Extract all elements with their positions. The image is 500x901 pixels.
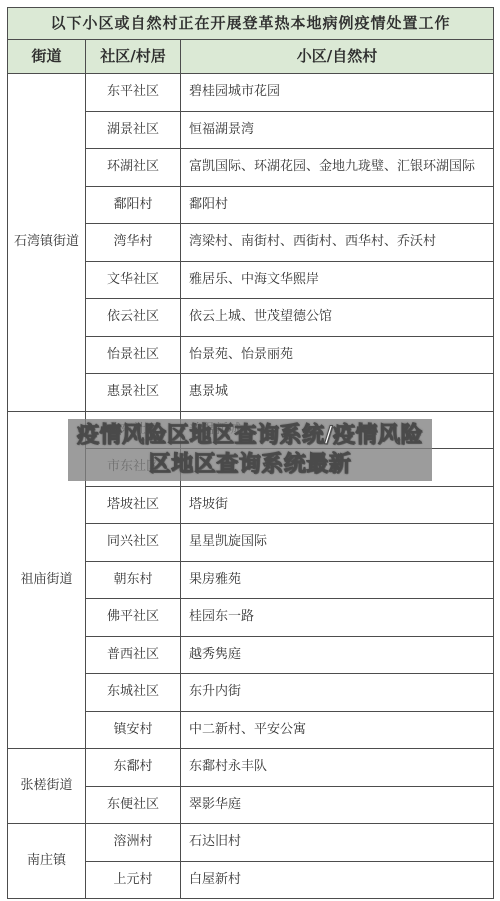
community-cell: 湖景社区 <box>86 111 181 149</box>
community-cell: 上元村 <box>86 861 181 899</box>
community-cell: 东平社区 <box>86 74 181 112</box>
table-header-row: 街道 社区/村居 小区/自然村 <box>8 40 494 74</box>
community-cell: 东鄱村 <box>86 749 181 787</box>
community-cell: 东便社区 <box>86 786 181 824</box>
community-cell: 普西社区 <box>86 636 181 674</box>
table-title: 以下小区或自然村正在开展登革热本地病例疫情处置工作 <box>8 8 494 40</box>
village-cell: 鄱阳村 <box>181 186 494 224</box>
village-cell: 惠景城 <box>181 374 494 412</box>
village-cell: 富凯国际、环湖花园、金地九珑璧、汇银环湖国际 <box>181 149 494 187</box>
street-cell: 南庄镇 <box>8 824 86 899</box>
street-cell: 石湾镇街道 <box>8 74 86 412</box>
table-body: 石湾镇街道东平社区碧桂园城市花园湖景社区恒福湖景湾环湖社区富凯国际、环湖花园、金… <box>8 74 494 899</box>
village-cell: 东鄱村永丰队 <box>181 749 494 787</box>
village-cell: 塔坡街 <box>181 486 494 524</box>
community-cell: 朝东村 <box>86 561 181 599</box>
village-cell: 越秀隽庭 <box>181 636 494 674</box>
community-cell: 湾华村 <box>86 224 181 262</box>
table-row: 南庄镇溶洲村石达旧村 <box>8 824 494 862</box>
village-cell: 怡景苑、怡景丽苑 <box>181 336 494 374</box>
village-cell: 白屋新村 <box>181 861 494 899</box>
village-cell: 碧桂园城市花园 <box>181 74 494 112</box>
col-header-street: 街道 <box>8 40 86 74</box>
col-header-community: 社区/村居 <box>86 40 181 74</box>
table-title-row: 以下小区或自然村正在开展登革热本地病例疫情处置工作 <box>8 8 494 40</box>
community-cell: 环湖社区 <box>86 149 181 187</box>
village-cell: 中二新村、平安公寓 <box>181 711 494 749</box>
table-row: 石湾镇街道东平社区碧桂园城市花园 <box>8 74 494 112</box>
village-cell: 石达旧村 <box>181 824 494 862</box>
community-cell: 同兴社区 <box>86 524 181 562</box>
watermark-line-1: 疫情风险区地区查询系统/疫情风险 <box>77 421 423 450</box>
community-cell: 溶洲村 <box>86 824 181 862</box>
community-cell: 镇安村 <box>86 711 181 749</box>
community-cell: 依云社区 <box>86 299 181 337</box>
page: 以下小区或自然村正在开展登革热本地病例疫情处置工作 街道 社区/村居 小区/自然… <box>0 0 500 901</box>
community-cell: 惠景社区 <box>86 374 181 412</box>
col-header-village: 小区/自然村 <box>181 40 494 74</box>
village-cell: 恒福湖景湾 <box>181 111 494 149</box>
community-cell: 文华社区 <box>86 261 181 299</box>
watermark-line-2: 区地区查询系统最新 <box>149 450 352 479</box>
street-cell: 张槎街道 <box>8 749 86 824</box>
village-cell: 湾梁村、南街村、西街村、西华村、乔沃村 <box>181 224 494 262</box>
village-cell: 雅居乐、中海文华熙岸 <box>181 261 494 299</box>
village-cell: 东升内街 <box>181 674 494 712</box>
community-cell: 东城社区 <box>86 674 181 712</box>
community-cell: 塔坡社区 <box>86 486 181 524</box>
table-row: 张槎街道东鄱村东鄱村永丰队 <box>8 749 494 787</box>
watermark-overlay: 疫情风险区地区查询系统/疫情风险 区地区查询系统最新 <box>68 419 432 481</box>
village-cell: 桂园东一路 <box>181 599 494 637</box>
village-cell: 果房雅苑 <box>181 561 494 599</box>
village-cell: 依云上城、世茂望德公馆 <box>181 299 494 337</box>
community-cell: 鄱阳村 <box>86 186 181 224</box>
village-cell: 翠影华庭 <box>181 786 494 824</box>
community-cell: 怡景社区 <box>86 336 181 374</box>
community-cell: 佛平社区 <box>86 599 181 637</box>
village-cell: 星星凯旋国际 <box>181 524 494 562</box>
